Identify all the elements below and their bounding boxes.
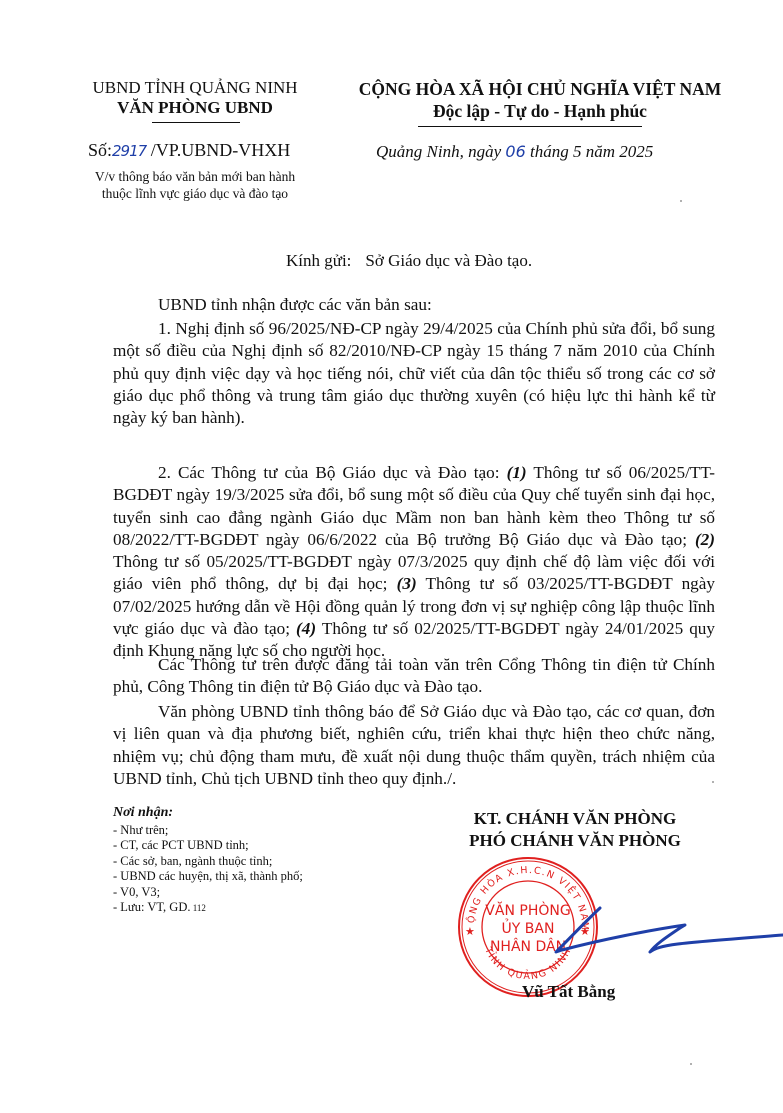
intro-text: UBND tỉnh nhận được các văn bản sau: (113, 294, 715, 316)
marker-1: (1) (507, 463, 527, 482)
scan-speck (712, 781, 714, 783)
svg-text:★: ★ (465, 925, 475, 938)
item-1-text: 1. Nghị định số 96/2025/NĐ-CP ngày 29/4/… (113, 318, 715, 429)
date-suffix: tháng 5 năm 2025 (526, 142, 654, 161)
motto: Độc lập - Tự do - Hạnh phúc (330, 100, 750, 122)
body-para-3: Các Thông tư trên được đăng tải toàn văn… (113, 654, 715, 699)
number-handwritten: 2917 (112, 142, 146, 160)
document-number: Số:2917 /VP.UBND-VHXH (88, 140, 290, 161)
recipient-item: - CT, các PCT UBND tỉnh; (113, 838, 303, 854)
addressee: Kính gửi:Sở Giáo dục và Đào tạo. (286, 251, 532, 271)
number-suffix: /VP.UBND-VHXH (146, 140, 290, 160)
country-name: CỘNG HÒA XÃ HỘI CHỦ NGHĨA VIỆT NAM (330, 78, 750, 100)
agency-underline (152, 122, 240, 123)
addressee-value: Sở Giáo dục và Đào tạo. (365, 251, 532, 270)
marker-3: (3) (397, 574, 417, 593)
recipient-item: - UBND các huyện, thị xã, thành phố; (113, 869, 303, 885)
scan-speck (680, 200, 682, 202)
para-4-text: Văn phòng UBND tỉnh thông báo để Sở Giáo… (113, 701, 715, 790)
recipient-item: - V0, V3; (113, 885, 303, 901)
marker-2: (2) (695, 530, 715, 549)
signer-name: Vũ Tất Bằng (522, 982, 615, 1002)
recipients-title: Nơi nhận: (113, 805, 303, 821)
recipient-item-archive: - Lưu: VT, GD. 112 (113, 900, 303, 917)
recipient-item: - Các sở, ban, ngành thuộc tỉnh; (113, 854, 303, 870)
agency-parent: UBND TỈNH QUẢNG NINH (70, 78, 320, 98)
motto-underline (418, 126, 642, 127)
handwritten-signature-icon (540, 900, 783, 960)
subject-line-1: V/v thông báo văn bản mới ban hành (70, 168, 320, 185)
date-day-handwritten: 06 (505, 142, 525, 161)
signatory-title-1: KT. CHÁNH VĂN PHÒNG (455, 808, 695, 830)
body-intro: UBND tỉnh nhận được các văn bản sau: (113, 294, 715, 316)
archive-text: - Lưu: VT, GD. (113, 900, 190, 914)
item-2-lead: 2. Các Thông tư của Bộ Giáo dục và Đào t… (158, 463, 507, 482)
place-date: Quảng Ninh, ngày 06 tháng 5 năm 2025 (376, 142, 653, 162)
archive-code: 112 (190, 903, 205, 913)
number-prefix: Số: (88, 140, 112, 160)
agency-name: VĂN PHÒNG UBND (70, 98, 320, 118)
recipient-item: - Như trên; (113, 823, 303, 839)
subject-line-2: thuộc lĩnh vực giáo dục và đào tạo (70, 185, 320, 202)
signatory-title: KT. CHÁNH VĂN PHÒNG PHÓ CHÁNH VĂN PHÒNG (455, 808, 695, 852)
national-motto: CỘNG HÒA XÃ HỘI CHỦ NGHĨA VIỆT NAM Độc l… (330, 78, 750, 122)
body-para-4: Văn phòng UBND tỉnh thông báo để Sở Giáo… (113, 701, 715, 790)
body-item-2: 2. Các Thông tư của Bộ Giáo dục và Đào t… (113, 462, 715, 663)
scan-speck (690, 1063, 692, 1065)
signatory-title-2: PHÓ CHÁNH VĂN PHÒNG (455, 830, 695, 852)
para-3-text: Các Thông tư trên được đăng tải toàn văn… (113, 654, 715, 699)
date-prefix: Quảng Ninh, ngày (376, 142, 505, 161)
item-2-text: 2. Các Thông tư của Bộ Giáo dục và Đào t… (113, 462, 715, 663)
body-item-1: 1. Nghị định số 96/2025/NĐ-CP ngày 29/4/… (113, 318, 715, 429)
issuing-agency: UBND TỈNH QUẢNG NINH VĂN PHÒNG UBND (70, 78, 320, 118)
document-subject: V/v thông báo văn bản mới ban hành thuộc… (70, 168, 320, 202)
addressee-label: Kính gửi: (286, 251, 351, 270)
recipients-list: Nơi nhận: - Như trên; - CT, các PCT UBND… (113, 805, 303, 917)
marker-4: (4) (296, 619, 316, 638)
